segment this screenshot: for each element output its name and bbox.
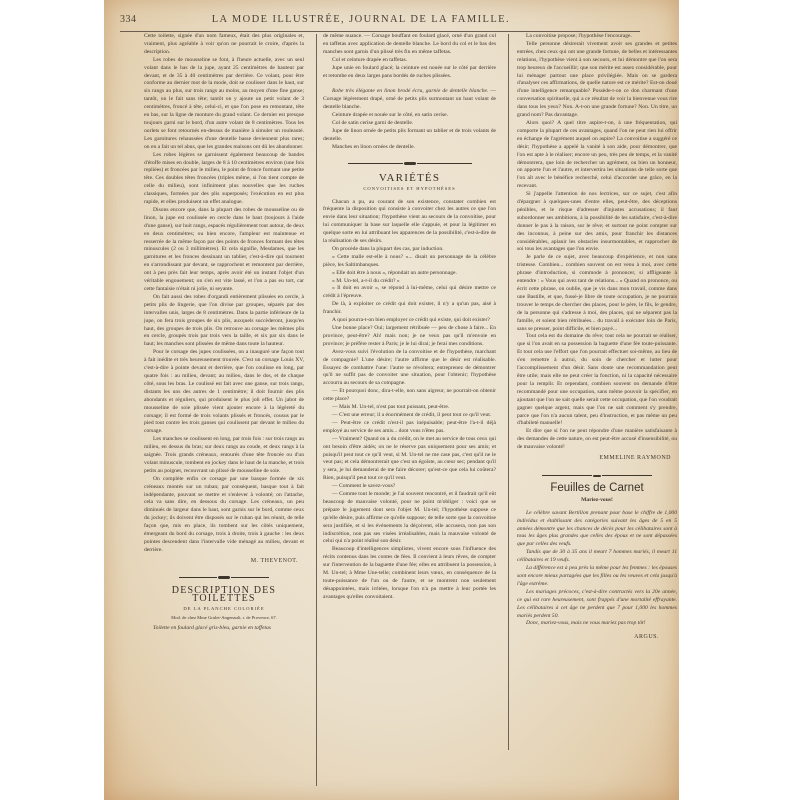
section-title: VARIÉTÉS	[323, 175, 496, 183]
paragraph: « Il doit en avoir », se répond à lui-mê…	[323, 285, 496, 301]
paragraph: de même nuance. — Corsage bouffant en fo…	[323, 33, 496, 57]
paragraph: On fait aussi des robes d'organdi entièr…	[144, 294, 304, 349]
author-signature: EMMELINE RAYMOND	[517, 455, 671, 463]
paragraph: Jupe de linon ornée de petits plis forma…	[323, 128, 496, 144]
paragraph: — Et pourquoi donc, dira-t-elle, non san…	[323, 388, 496, 404]
paragraph: Col de satin cerise garni de dentelle.	[323, 120, 496, 128]
page-number: 334	[120, 14, 137, 25]
paragraph: De là, à exploiter ce crédit qui doit ex…	[323, 301, 496, 317]
paragraph: Je parle de ce sujet, avec beaucoup d'ex…	[517, 254, 677, 333]
paragraph: — Peut-être ce crédit n'est-il pas inépu…	[323, 420, 496, 436]
paragraph: Pour le corsage des jupes coulissées, on…	[144, 349, 304, 436]
section-title: DESCRIPTION DES TOILETTES	[144, 587, 304, 603]
column-varietes-continued: La convoitise propose; l'hypothèse l'enc…	[517, 33, 677, 642]
author-signature: M. THEVENOT.	[144, 558, 298, 566]
paragraph: « Elle doit être à nous », répondait un …	[323, 270, 496, 278]
author-signature: ARGUS.	[517, 634, 659, 642]
column-divider	[316, 34, 317, 786]
paragraph: Col et ceinture drapée en taffetas.	[323, 57, 496, 65]
paragraph: Avez-vous suivi l'évolution de la convoi…	[323, 349, 496, 389]
robe-lead: Robe très élégante en linon brodé écru, …	[332, 88, 488, 94]
section-title: Feuilles de Carnet	[517, 485, 677, 493]
paragraph: Alors quoi? A quel titre aspire-t-on, à …	[517, 120, 677, 191]
section-subtitle: Mariez-vous!	[517, 497, 677, 505]
paragraph: Les mariages précoces, c'est-à-dire cont…	[517, 589, 677, 621]
credit-line: Mod. de chez Mme Grulet-Angenault, r. de…	[144, 614, 304, 622]
paragraph: Le célèbre savant Bertillon prenant pour…	[517, 510, 677, 550]
column-varietes: de même nuance. — Corsage bouffant en fo…	[323, 33, 496, 602]
paragraph: Jupe unie en foulard glacé; la ceinture …	[323, 65, 496, 81]
paragraph: Les robes légères se garnissent égalemen…	[144, 152, 304, 207]
paragraph: Telle personne désirerait vivement avoir…	[517, 41, 677, 120]
paragraph: Les robes de mousseline se font, à l'heu…	[144, 57, 304, 152]
paragraph: — Comment le savez-vous?	[323, 483, 496, 491]
ornament-divider-icon	[144, 576, 304, 579]
section-subtitle: CONVOITISES ET HYPOTHÈSES	[323, 185, 496, 193]
paragraph: Beaucoup d'intelligences simplistes, viv…	[323, 546, 496, 601]
paragraph: Tout cela est du domaine du rêve; tout c…	[517, 333, 677, 428]
section-subtitle: DE LA PLANCHE COLORIÉE	[144, 605, 304, 613]
paragraph: Toilette en foulard glacé gris-bleu, gar…	[144, 625, 304, 633]
ornament-divider-icon	[323, 162, 496, 165]
paragraph: On procède dans la plupart des cas, par …	[323, 246, 496, 254]
paragraph: Si j'appelle l'attention de nos lectrice…	[517, 191, 677, 254]
running-header: 334 LA MODE ILLUSTRÉE, JOURNAL DE LA FAM…	[120, 14, 640, 32]
paragraph: Robe très élégante en linon brodé écru, …	[323, 88, 496, 112]
paragraph: Disons encore que, dans la plupart des r…	[144, 207, 304, 294]
paragraph: — Comme tout le monde; je l'ai souvent r…	[323, 491, 496, 546]
paragraph: Cette toilette, signée d'un nom fameux, …	[144, 33, 304, 57]
paragraph: Manches en linon ornées de dentelle.	[323, 144, 496, 152]
paragraph: A quoi pourra-t-on bien employer ce créd…	[323, 317, 496, 325]
paragraph: Les manches se coulissent en long, par t…	[144, 436, 304, 476]
paragraph: « Cette malle est-elle à nous? »... disa…	[323, 254, 496, 270]
paragraph: On complète enfin ce corsage par une bas…	[144, 476, 304, 555]
column-fashion: Cette toilette, signée d'un nom fameux, …	[144, 33, 304, 633]
paragraph: — Mais M. Un-tel, n'est pas tout puissan…	[323, 404, 496, 412]
paragraph: « M. Un-tel, a-t-il du crédit? »	[323, 278, 496, 286]
paragraph: Chacun a pu, au courant de son existence…	[323, 199, 496, 246]
paragraph: Donc, mariez-vous, mais ne vous mariez p…	[517, 620, 677, 628]
journal-title: LA MODE ILLUSTRÉE, JOURNAL DE LA FAMILLE…	[212, 14, 510, 25]
paragraph: La convoitise propose; l'hypothèse l'enc…	[517, 33, 677, 41]
paragraph: La différence est à peu près la même pou…	[517, 565, 677, 589]
paragraph: Tandis que de 30 à 35 ans il meurt 7 hom…	[517, 549, 677, 565]
paragraph: — C'est une erreur; il a énormément de c…	[323, 412, 496, 420]
paragraph: Et dire que si l'on ne peut répondre d'u…	[517, 428, 677, 452]
paragraph: Ceinture drapée et nouée sur le côté, en…	[323, 112, 496, 120]
ornament-divider-icon	[517, 475, 677, 477]
paragraph: — Vraiment? Quand on a du crédit, on le …	[323, 436, 496, 483]
paragraph: Une bonne place? Oui; largement rétribué…	[323, 325, 496, 349]
column-divider	[508, 34, 509, 750]
